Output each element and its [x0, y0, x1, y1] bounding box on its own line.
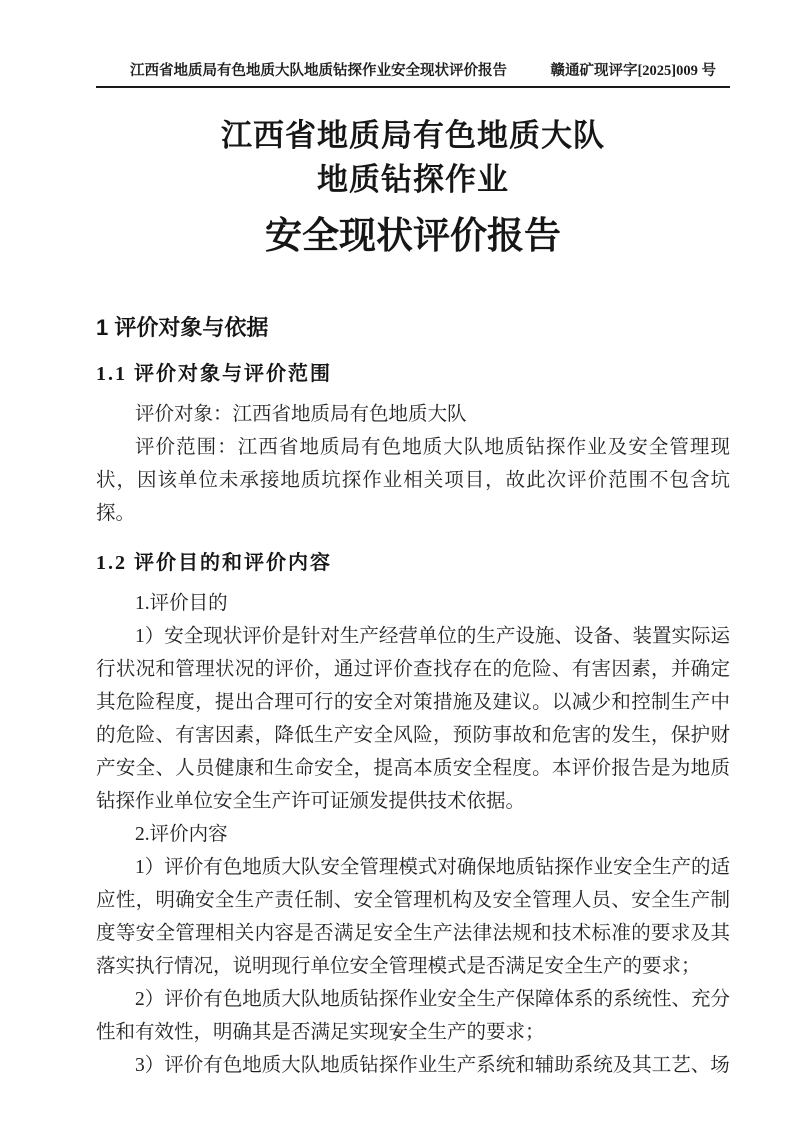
paragraph: 3）评价有色地质大队地质钻探作业生产系统和辅助系统及其工艺、场 [96, 1049, 730, 1082]
paragraph: 1.评价目的 [96, 587, 730, 620]
paragraph: 2.评价内容 [96, 818, 730, 851]
title-report-name: 安全现状评价报告 [96, 211, 730, 261]
content-column: 江西省地质局有色地质大队地质钻探作业安全现状评价报告 赣通矿现评字[2025]0… [96, 0, 730, 1082]
paragraph: 1）评价有色地质大队安全管理模式对确保地质钻探作业安全生产的适应性，明确安全生产… [96, 851, 730, 983]
title-org-name: 江西省地质局有色地质大队 [96, 114, 730, 158]
page-header: 江西省地质局有色地质大队地质钻探作业安全现状评价报告 赣通矿现评字[2025]0… [96, 0, 730, 88]
paragraph: 1）安全现状评价是针对生产经营单位的生产设施、设备、装置实际运行状况和管理状况的… [96, 620, 730, 818]
section-heading: 1 评价对象与依据 [96, 315, 730, 341]
page-footer: 7 [0, 1029, 793, 1046]
title-block: 江西省地质局有色地质大队 地质钻探作业 安全现状评价报告 [96, 114, 730, 261]
section-heading: 1.2 评价目的和评价内容 [96, 551, 730, 575]
document-body: 1 评价对象与依据1.1 评价对象与评价范围评价对象：江西省地质局有色地质大队评… [96, 315, 730, 1082]
header-report-title: 江西省地质局有色地质大队地质钻探作业安全现状评价报告 [96, 62, 507, 81]
paragraph: 评价范围：江西省地质局有色地质大队地质钻探作业及安全管理现状，因该单位未承接地质… [96, 431, 730, 530]
paragraph: 评价对象：江西省地质局有色地质大队 [96, 398, 730, 431]
section-heading: 1.1 评价对象与评价范围 [96, 362, 730, 386]
title-operation-type: 地质钻探作业 [96, 158, 730, 202]
page-number: 7 [393, 1029, 401, 1045]
header-document-number: 赣通矿现评字[2025]009 号 [550, 62, 730, 81]
document-page: 江西省地质局有色地质大队地质钻探作业安全现状评价报告 赣通矿现评字[2025]0… [0, 0, 793, 1122]
